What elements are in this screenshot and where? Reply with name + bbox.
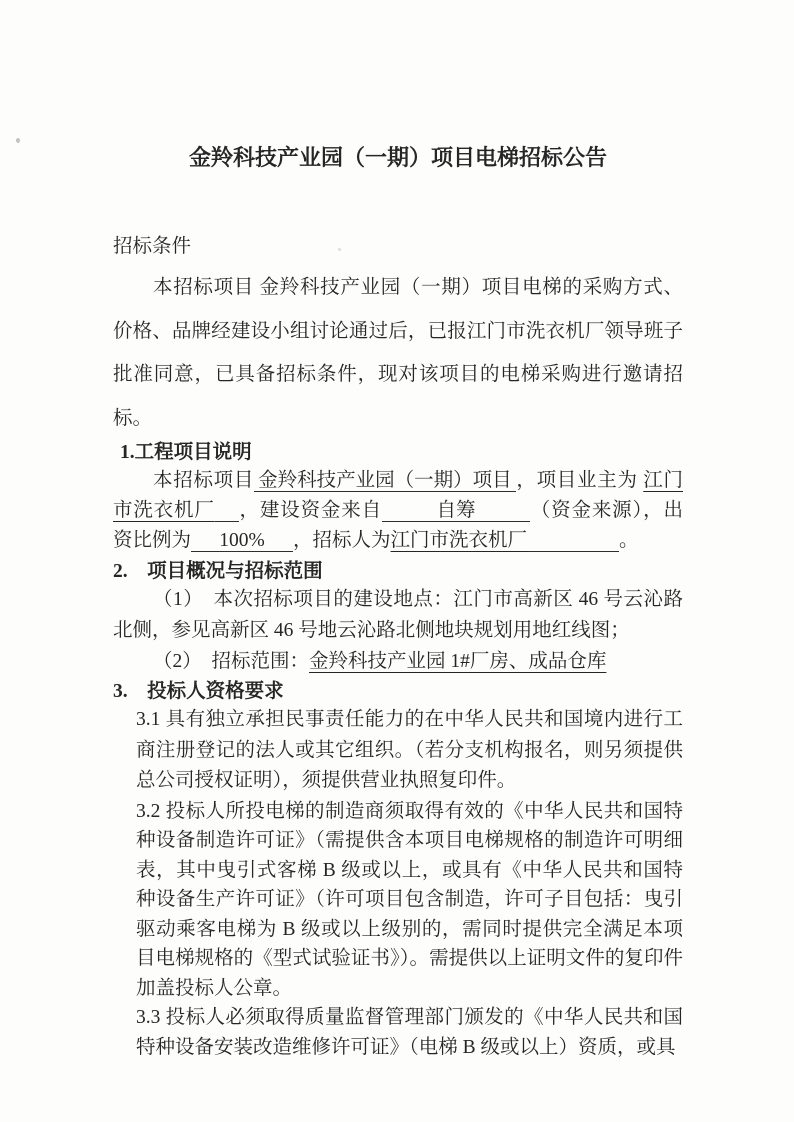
text-run: （2） 招标范围： bbox=[153, 651, 309, 672]
text-run: ，建设资金来自 bbox=[239, 500, 382, 521]
section2-item-1: （1） 本次招标项目的建设地点：江门市高新区 46 号云沁路北侧，参见高新区 4… bbox=[113, 585, 683, 646]
section3-item-3-2: 3.2 投标人所投电梯的制造商须取得有效的《中华人民共和国特种设备制造许可证》（… bbox=[136, 797, 683, 1004]
section3-heading: 3. 投标人资格要求 bbox=[113, 679, 683, 705]
ratio-blank: 100% bbox=[191, 531, 293, 552]
scan-speck bbox=[16, 138, 20, 143]
conditions-paragraph: 本招标项目 金羚科技产业园（一期）项目电梯的采购方式、价格、品牌经建设小组讨论通… bbox=[113, 266, 683, 440]
section1-heading: 1.工程项目说明 bbox=[113, 440, 683, 466]
tender-scope-underline: 金羚科技产业园 1#厂房、成品仓库 bbox=[309, 651, 606, 672]
section3-item-3-3: 3.3 投标人必须取得质量监督管理部门颁发的《中华人民共和国特种设备安装改造维修… bbox=[136, 1003, 683, 1062]
document-content: 金羚科技产业园（一期）项目电梯招标公告 招标条件 本招标项目 金羚科技产业园（一… bbox=[113, 0, 683, 1062]
funds-source-blank: 自筹 bbox=[382, 501, 530, 522]
underline-extension bbox=[527, 531, 619, 552]
conditions-heading: 招标条件 bbox=[113, 234, 683, 260]
section2-heading: 2. 项目概况与招标范围 bbox=[113, 559, 683, 585]
underline-extension bbox=[215, 501, 239, 522]
project-name-blank: 金羚科技产业园（一期）项目 bbox=[254, 471, 516, 492]
section3-item-3-1: 3.1 具有独立承担民事责任能力的在中华人民共和国境内进行工商注册登记的法人或其… bbox=[136, 705, 683, 797]
bidder-name-underline: 江门市洗衣机厂 bbox=[391, 530, 528, 551]
document-title: 金羚科技产业园（一期）项目电梯招标公告 bbox=[113, 144, 683, 172]
section2-item-2: （2） 招标范围：金羚科技产业园 1#厂房、成品仓库 bbox=[113, 646, 683, 677]
text-run: ，项目业主为 bbox=[516, 470, 644, 491]
document-page: 金羚科技产业园（一期）项目电梯招标公告 招标条件 本招标项目 金羚科技产业园（一… bbox=[0, 0, 794, 1122]
text-run: ，招标人为 bbox=[293, 530, 391, 551]
section1-paragraph: 本招标项目金羚科技产业园（一期）项目，项目业主为 江门市洗衣机厂 ，建设资金来自… bbox=[113, 466, 683, 556]
text-run: 。 bbox=[619, 530, 639, 551]
text-run: 本招标项目 bbox=[153, 470, 254, 491]
